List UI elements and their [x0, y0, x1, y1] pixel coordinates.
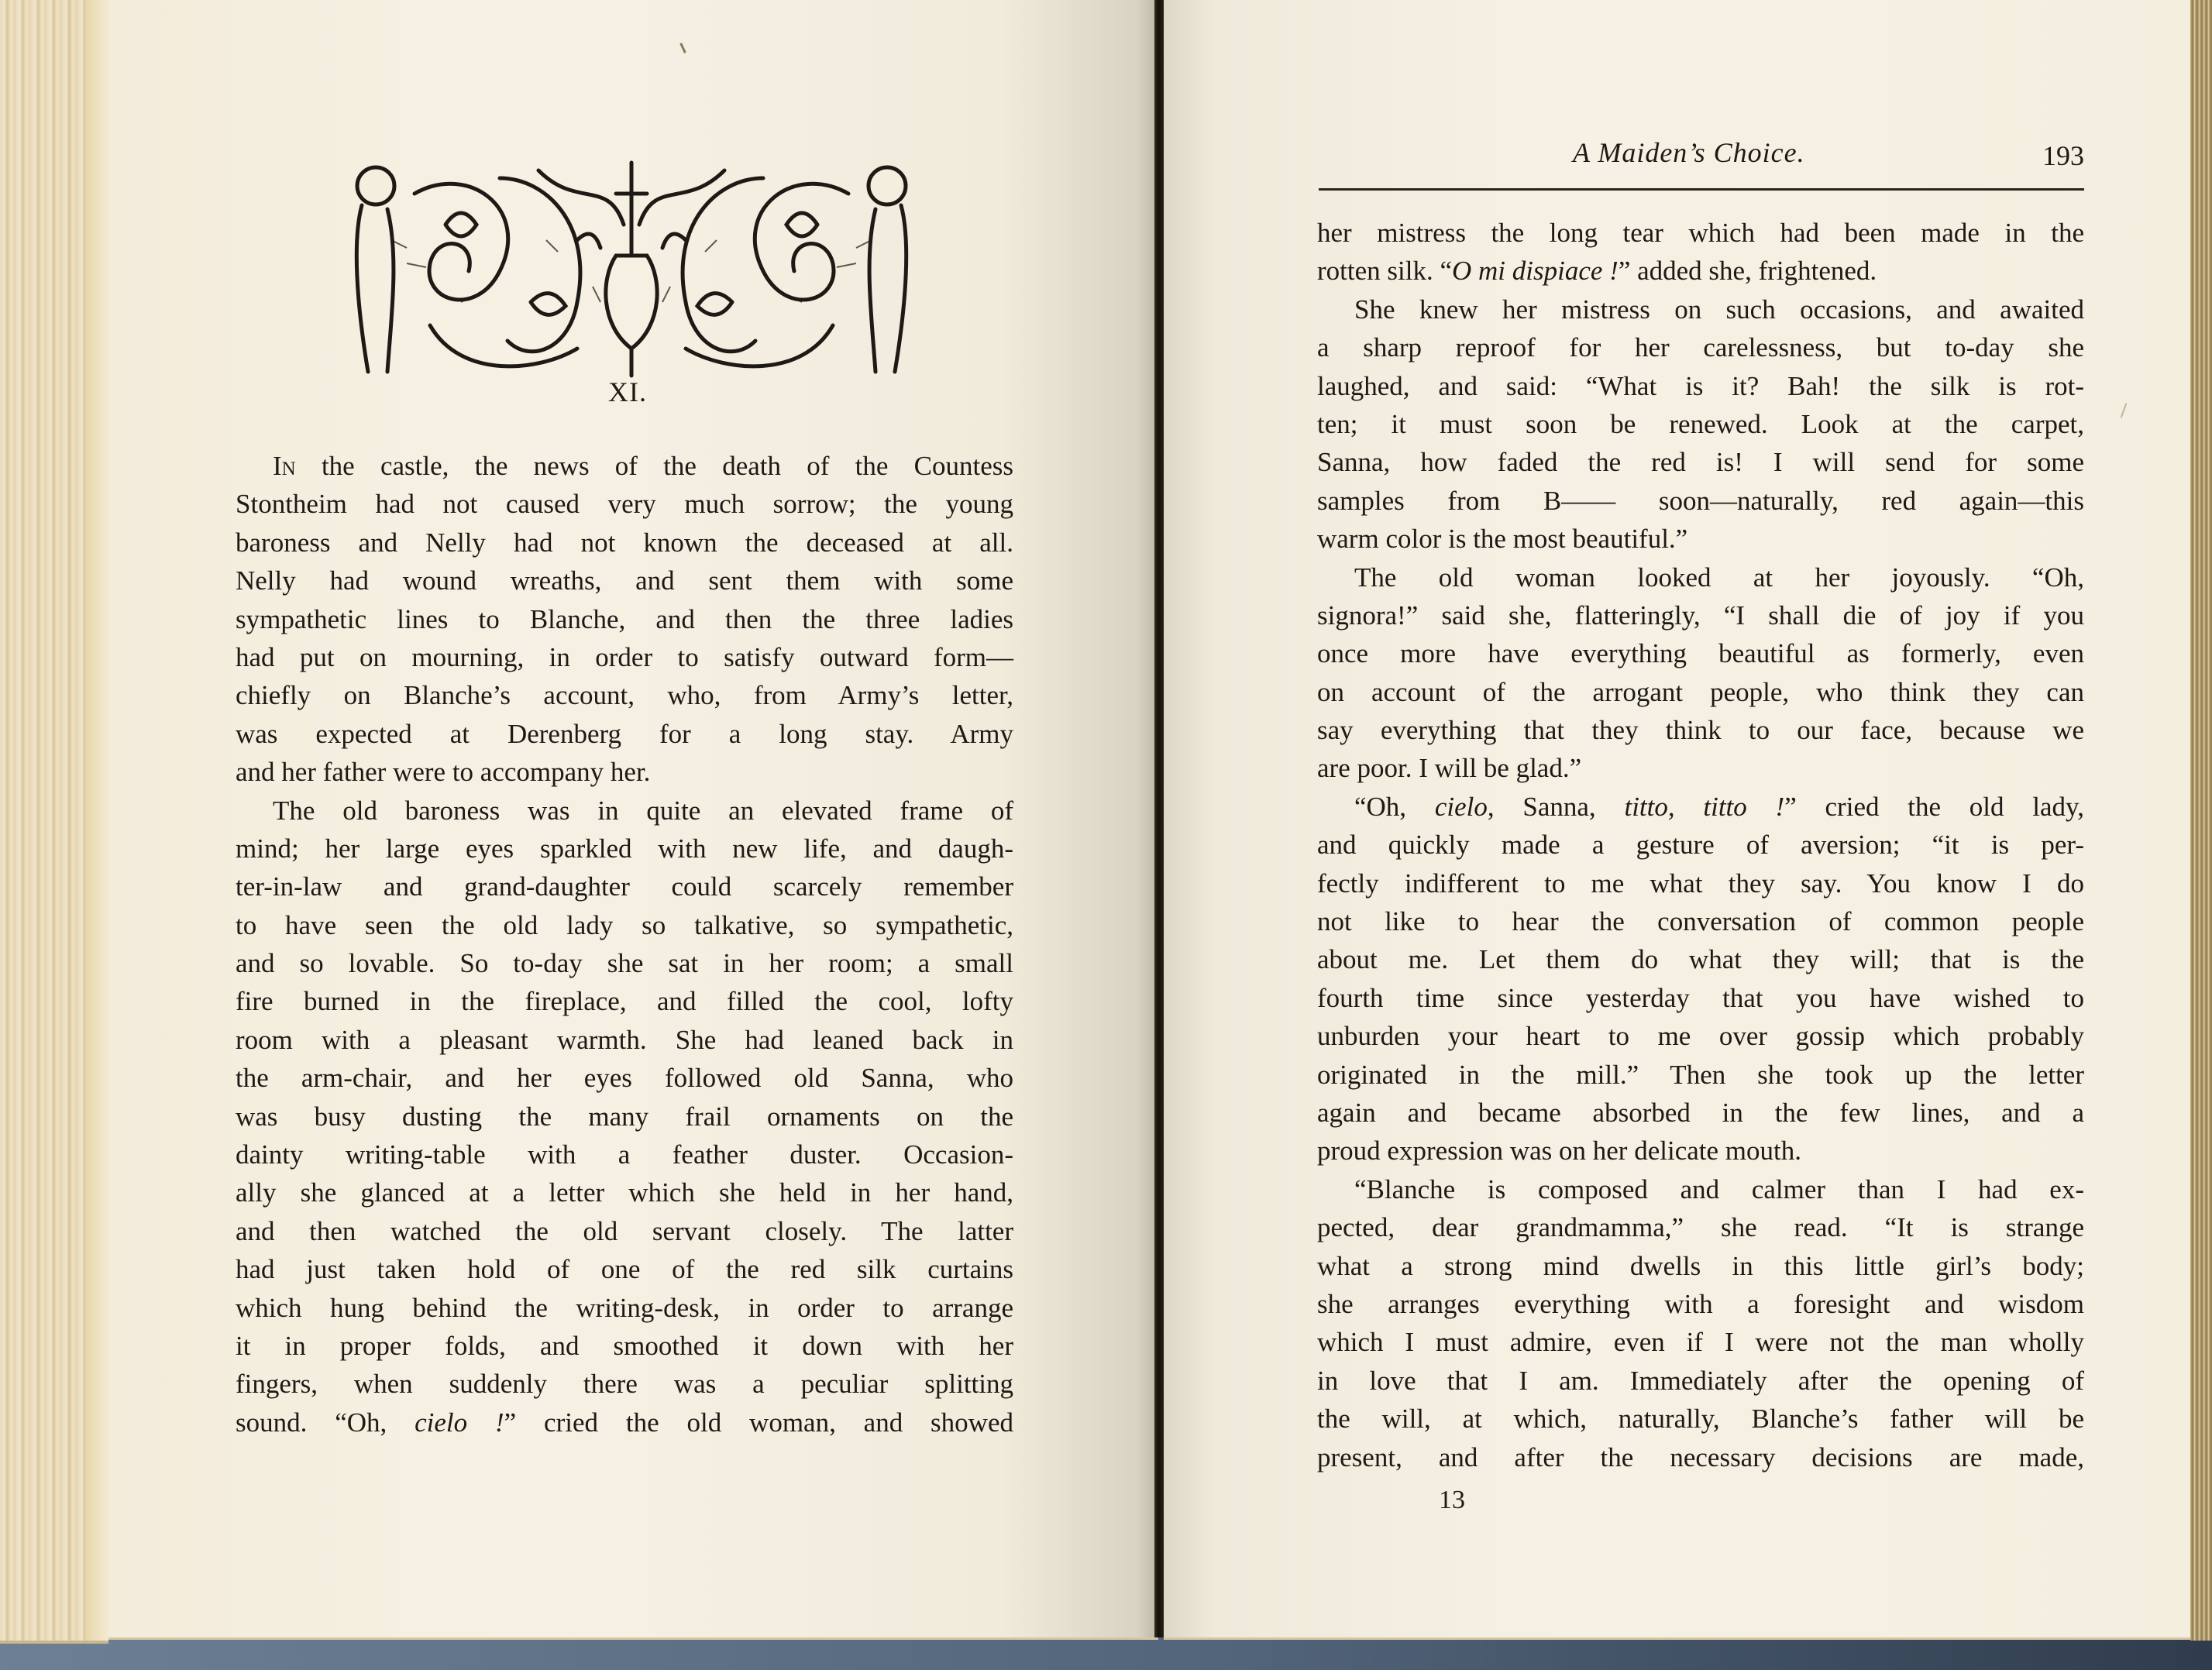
text-line: and then watched the old servant closely…	[236, 1212, 1013, 1250]
text-run: , Sanna,	[1488, 792, 1625, 822]
header-rule	[1319, 188, 2084, 191]
text-run: unburden your heart to me over gossip wh…	[1317, 1021, 2084, 1051]
text-run: the castle, the news of the death of the…	[296, 451, 1013, 481]
text-run: Sanna, how faded the red is! I will send…	[1317, 447, 2084, 477]
text-run: samples from B—— soon—naturally, red aga…	[1317, 486, 2084, 516]
text-run: present, and after the necessary decisio…	[1317, 1442, 2084, 1472]
text-line: fire burned in the fireplace, and filled…	[236, 982, 1013, 1020]
text-run: The old woman looked at her joyously. “O…	[1354, 562, 2084, 593]
text-run: sympathetic lines to Blanche, and then t…	[236, 604, 1013, 634]
text-run: and quickly made a gesture of aversion; …	[1317, 830, 2084, 860]
text-run: in love that I am. Immediately after the…	[1317, 1366, 2084, 1396]
text-line: In the castle, the news of the death of …	[236, 447, 1013, 485]
text-line: and quickly made a gesture of aversion; …	[1317, 826, 2084, 864]
text-run: her mistress the long tear which had bee…	[1317, 218, 2084, 248]
text-run: Stontheim had not caused very much sorro…	[236, 489, 1013, 519]
book-spine-gutter	[1154, 0, 1164, 1637]
text-run: mind; her large eyes sparkled with new l…	[236, 833, 1013, 864]
text-run: originated in the mill.” Then she took u…	[1317, 1060, 2084, 1090]
text-run: laughed, and said: “What is it? Bah! the…	[1317, 371, 2084, 401]
text-run: fingers, when suddenly there was a pecul…	[236, 1369, 1013, 1399]
text-line: warm color is the most beautiful.”	[1317, 520, 2084, 558]
text-run: The old baroness was in quite an elevate…	[273, 795, 1013, 826]
text-line: ter-in-law and grand-daughter could scar…	[236, 868, 1013, 905]
text-line: about me. Let them do what they will; th…	[1317, 940, 2084, 978]
text-line: pected, dear grandmamma,” she read. “It …	[1317, 1208, 2084, 1246]
text-run: to have seen the old lady so talkative, …	[236, 910, 1013, 940]
text-line: She knew her mistress on such occasions,…	[1317, 290, 2084, 328]
left-page-edges	[0, 0, 108, 1644]
text-run: She knew her mistress on such occasions,…	[1354, 294, 2084, 325]
text-run: fectly indifferent to me what they say. …	[1317, 868, 2084, 899]
text-run: and then watched the old servant closely…	[236, 1216, 1013, 1246]
text-run: “Oh,	[1354, 792, 1435, 822]
text-run: ” added she, frightened.	[1619, 256, 1877, 286]
text-line: not like to hear the conversation of com…	[1317, 902, 2084, 940]
text-run: sound. “Oh,	[236, 1407, 415, 1438]
text-line: ten; it must soon be renewed. Look at th…	[1317, 405, 2084, 443]
text-line: had put on mourning, in order to satisfy…	[236, 638, 1013, 676]
italic-phrase: cielo	[1435, 792, 1488, 822]
text-line: and her father were to accompany her.	[236, 753, 1013, 791]
text-line: laughed, and said: “What is it? Bah! the…	[1317, 367, 2084, 405]
text-line: which hung behind the writing-desk, in o…	[236, 1289, 1013, 1327]
text-line: say everything that they think to our fa…	[1317, 711, 2084, 749]
text-run: are poor. I will be glad.”	[1317, 753, 1581, 783]
text-line: it in proper folds, and smoothed it down…	[236, 1327, 1013, 1365]
text-run: which I must admire, even if I were not …	[1317, 1327, 2084, 1357]
text-run: Nelly had wound wreaths, and sent them w…	[236, 565, 1013, 596]
text-line: originated in the mill.” Then she took u…	[1317, 1056, 2084, 1094]
text-line: The old baroness was in quite an elevate…	[236, 792, 1013, 830]
italic-phrase: cielo !	[415, 1407, 504, 1438]
text-run: pected, dear grandmamma,” she read. “It …	[1317, 1212, 2084, 1242]
italic-phrase: O mi dispiace !	[1452, 256, 1619, 286]
text-run: not like to hear the conversation of com…	[1317, 906, 2084, 936]
text-run: it in proper folds, and smoothed it down…	[236, 1331, 1013, 1361]
small-caps-word: In	[273, 451, 296, 481]
text-line: baroness and Nelly had not known the dec…	[236, 524, 1013, 562]
text-run: ter-in-law and grand-daughter could scar…	[236, 871, 1013, 902]
text-run: a sharp reproof for her carelessness, bu…	[1317, 332, 2084, 363]
text-line: present, and after the necessary decisio…	[1317, 1438, 2084, 1476]
text-run: had put on mourning, in order to satisfy…	[236, 642, 1013, 672]
text-line: again and became absorbed in the few lin…	[1317, 1094, 2084, 1132]
chapter-number: XI.	[542, 376, 713, 408]
text-run: fourth time since yesterday that you hav…	[1317, 983, 2084, 1013]
text-line: “Blanche is composed and calmer than I h…	[1317, 1170, 2084, 1208]
text-run: was busy dusting the many frail ornament…	[236, 1101, 1013, 1132]
text-run: and her father were to accompany her.	[236, 757, 650, 787]
running-title: A Maiden’s Choice.	[1573, 136, 1805, 169]
text-line: room with a pleasant warmth. She had lea…	[236, 1021, 1013, 1059]
page-number: 193	[2042, 139, 2084, 172]
text-line: sound. “Oh, cielo !” cried the old woman…	[236, 1404, 1013, 1441]
text-line: signora!” said she, flatteringly, “I sha…	[1317, 596, 2084, 634]
right-page-edges	[2190, 0, 2212, 1641]
text-run: ” cried the old woman, and showed	[504, 1407, 1013, 1438]
open-book: XI. In the castle, the news of the death…	[0, 0, 2212, 1641]
text-line: was expected at Derenberg for a long sta…	[236, 715, 1013, 753]
text-line: dainty writing-table with a feather dust…	[236, 1136, 1013, 1173]
text-line: sympathetic lines to Blanche, and then t…	[236, 600, 1013, 638]
text-run: on account of the arrogant people, who t…	[1317, 677, 2084, 707]
text-line: samples from B—— soon—naturally, red aga…	[1317, 482, 2084, 520]
text-run: was expected at Derenberg for a long sta…	[236, 719, 1013, 749]
text-run: chiefly on Blanche’s account, who, from …	[236, 680, 1013, 710]
text-run: ally she glanced at a letter which she h…	[236, 1177, 1013, 1208]
text-line: the arm-chair, and her eyes followed old…	[236, 1059, 1013, 1097]
text-line: and so lovable. So to-day she sat in her…	[236, 944, 1013, 982]
text-line: the will, at which, naturally, Blanche’s…	[1317, 1400, 2084, 1438]
running-head: A Maiden’s Choice. 193	[1317, 136, 2084, 183]
text-run: say everything that they think to our fa…	[1317, 715, 2084, 745]
text-run: about me. Let them do what they will; th…	[1317, 944, 2084, 974]
chapter-headpiece-ornament	[345, 147, 918, 380]
text-line: “Oh, cielo, Sanna, titto, titto !” cried…	[1317, 788, 2084, 826]
text-run: she arranges everything with a foresight…	[1317, 1289, 2084, 1319]
text-run: once more have everything beautiful as f…	[1317, 638, 2084, 668]
text-run: “Blanche is composed and calmer than I h…	[1354, 1174, 2084, 1204]
text-run: room with a pleasant warmth. She had lea…	[236, 1025, 1013, 1055]
text-line: fectly indifferent to me what they say. …	[1317, 864, 2084, 902]
left-page-body-text: In the castle, the news of the death of …	[236, 447, 1013, 1441]
text-run: proud expression was on her delicate mou…	[1317, 1136, 1801, 1166]
text-line: what a strong mind dwells in this little…	[1317, 1247, 2084, 1285]
text-line: her mistress the long tear which had bee…	[1317, 214, 2084, 252]
text-run: signora!” said she, flatteringly, “I sha…	[1317, 600, 2084, 631]
ornament-scrollwork-icon	[345, 147, 918, 380]
signature-mark: 13	[1439, 1486, 1465, 1515]
text-line: chiefly on Blanche’s account, who, from …	[236, 676, 1013, 714]
text-line: on account of the arrogant people, who t…	[1317, 673, 2084, 711]
text-run: what a strong mind dwells in this little…	[1317, 1251, 2084, 1281]
text-run: ” cried the old lady,	[1784, 792, 2084, 822]
text-line: mind; her large eyes sparkled with new l…	[236, 830, 1013, 868]
text-run: fire burned in the fireplace, and filled…	[236, 986, 1013, 1016]
text-line: Nelly had wound wreaths, and sent them w…	[236, 562, 1013, 600]
text-line: The old woman looked at her joyously. “O…	[1317, 558, 2084, 596]
italic-phrase: titto, titto !	[1624, 792, 1784, 822]
text-run: the will, at which, naturally, Blanche’s…	[1317, 1404, 2084, 1434]
text-run: warm color is the most beautiful.”	[1317, 524, 1687, 554]
text-line: she arranges everything with a foresight…	[1317, 1285, 2084, 1323]
text-run: and so lovable. So to-day she sat in her…	[236, 948, 1013, 978]
text-line: was busy dusting the many frail ornament…	[236, 1098, 1013, 1136]
text-run: dainty writing-table with a feather dust…	[236, 1139, 1013, 1170]
text-run: ten; it must soon be renewed. Look at th…	[1317, 409, 2084, 439]
text-line: to have seen the old lady so talkative, …	[236, 906, 1013, 944]
text-line: ally she glanced at a letter which she h…	[236, 1173, 1013, 1211]
text-line: had just taken hold of one of the red si…	[236, 1250, 1013, 1288]
text-line: in love that I am. Immediately after the…	[1317, 1362, 2084, 1400]
text-line: proud expression was on her delicate mou…	[1317, 1132, 2084, 1170]
text-line: fingers, when suddenly there was a pecul…	[236, 1365, 1013, 1403]
text-run: baroness and Nelly had not known the dec…	[236, 527, 1013, 558]
text-line: Sanna, how faded the red is! I will send…	[1317, 443, 2084, 481]
text-line: unburden your heart to me over gossip wh…	[1317, 1017, 2084, 1055]
text-run: which hung behind the writing-desk, in o…	[236, 1293, 1013, 1323]
text-line: a sharp reproof for her carelessness, bu…	[1317, 328, 2084, 366]
text-line: Stontheim had not caused very much sorro…	[236, 485, 1013, 523]
text-run: had just taken hold of one of the red si…	[236, 1254, 1013, 1284]
text-line: fourth time since yesterday that you hav…	[1317, 979, 2084, 1017]
text-run: rotten silk. “	[1317, 256, 1452, 286]
text-line: rotten silk. “O mi dispiace !” added she…	[1317, 252, 2084, 290]
text-line: which I must admire, even if I were not …	[1317, 1323, 2084, 1361]
text-line: once more have everything beautiful as f…	[1317, 634, 2084, 672]
text-line: are poor. I will be glad.”	[1317, 749, 2084, 787]
text-run: again and became absorbed in the few lin…	[1317, 1098, 2084, 1128]
text-run: the arm-chair, and her eyes followed old…	[236, 1063, 1013, 1093]
right-page-body-text: her mistress the long tear which had bee…	[1317, 214, 2084, 1476]
